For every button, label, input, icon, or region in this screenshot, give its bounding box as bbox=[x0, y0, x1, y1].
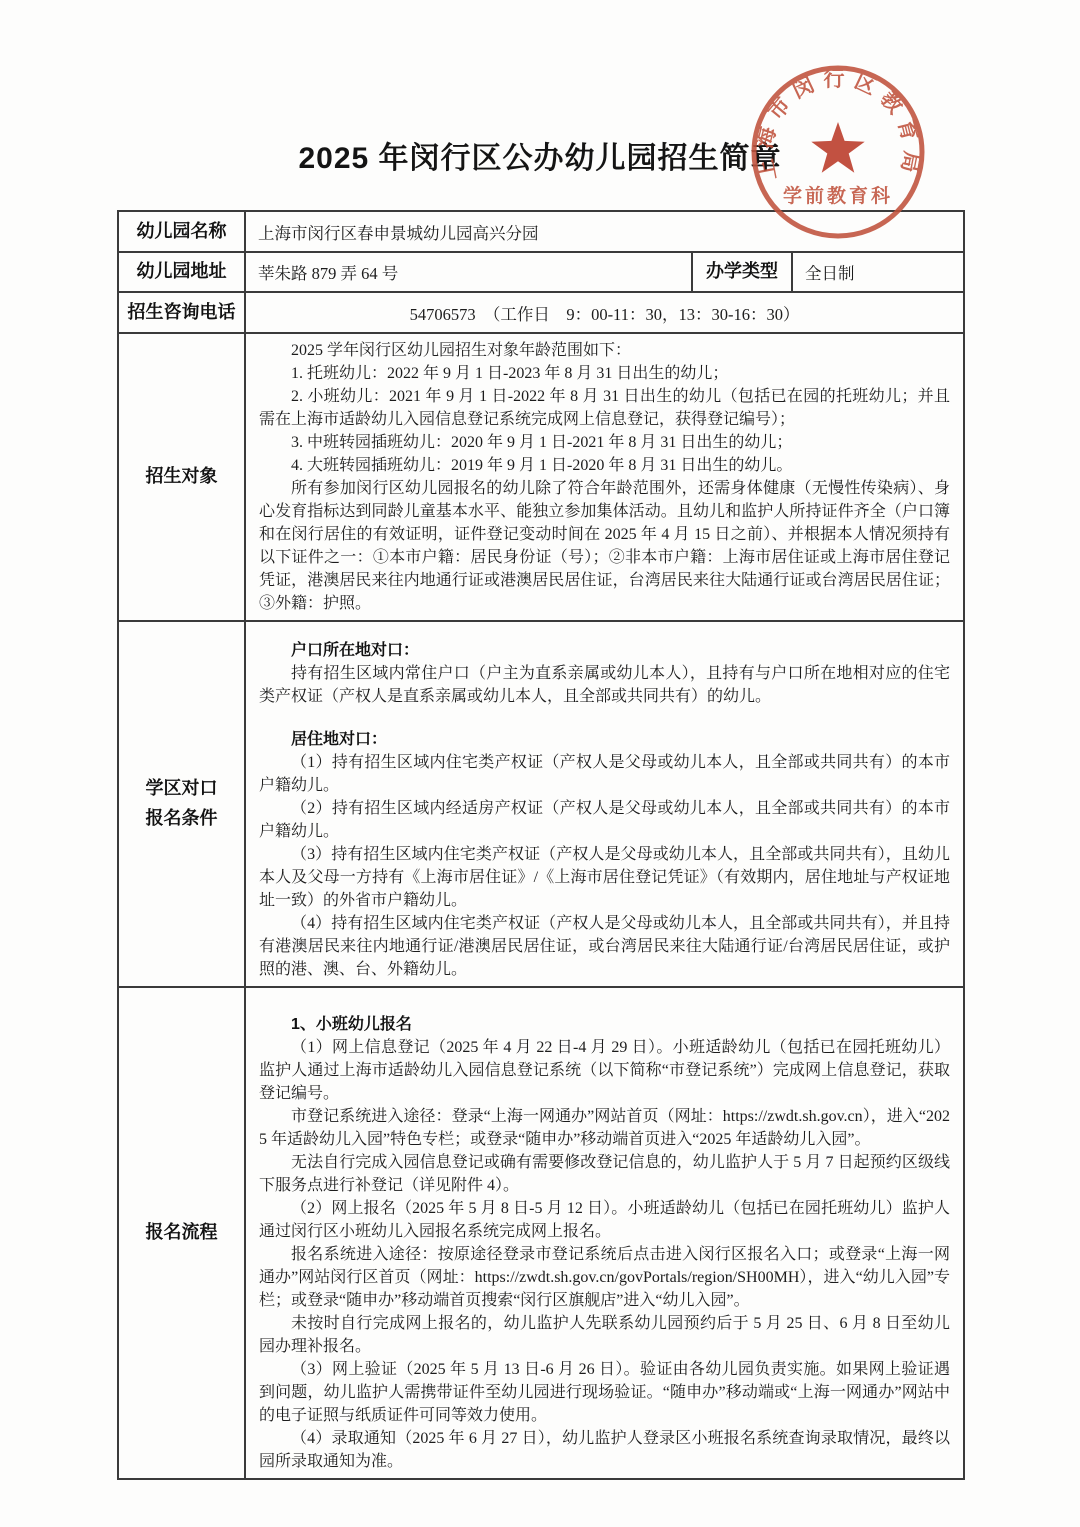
paragraph: （1）网上信息登记（2025 年 4 月 22 日-4 月 29 日）。小班适龄… bbox=[259, 1036, 950, 1105]
kindergarten-address-label: 幼儿园地址 bbox=[118, 252, 245, 292]
paragraph: （2）网上报名（2025 年 5 月 8 日-5 月 12 日）。小班适龄幼儿（… bbox=[259, 1197, 950, 1243]
enrollment-target-text: 2025 学年闵行区幼儿园招生对象年龄范围如下：1. 托班幼儿：2022 年 9… bbox=[247, 335, 962, 619]
paragraph: 1. 托班幼儿：2022 年 9 月 1 日-2023 年 8 月 31 日出生… bbox=[259, 362, 950, 385]
paragraph: 4. 大班转园插班幼儿：2019 年 9 月 1 日-2020 年 8 月 31… bbox=[259, 454, 950, 477]
paragraph: （3）网上验证（2025 年 5 月 13 日-6 月 26 日）。验证由各幼儿… bbox=[259, 1358, 950, 1427]
application-process-cell: 1、小班幼儿报名（1）网上信息登记（2025 年 4 月 22 日-4 月 29… bbox=[245, 987, 964, 1479]
paragraph: 所有参加闵行区幼儿园报名的幼儿除了符合年龄范围外，还需身体健康（无慢性传染病）、… bbox=[259, 477, 950, 615]
paragraph: 居住地对口： bbox=[259, 728, 950, 751]
enrollment-target-cell: 2025 学年闵行区幼儿园招生对象年龄范围如下：1. 托班幼儿：2022 年 9… bbox=[245, 333, 964, 621]
paragraph bbox=[259, 708, 950, 728]
table-row: 幼儿园地址 莘朱路 879 弄 64 号 办学类型 全日制 bbox=[118, 252, 964, 292]
table-row: 幼儿园名称 上海市闵行区春申景城幼儿园高兴分园 bbox=[118, 211, 964, 252]
application-process-text: 1、小班幼儿报名（1）网上信息登记（2025 年 4 月 22 日-4 月 29… bbox=[247, 989, 962, 1477]
kindergarten-name-value: 上海市闵行区春申景城幼儿园高兴分园 bbox=[245, 211, 964, 252]
enrollment-info-table: 幼儿园名称 上海市闵行区春申景城幼儿园高兴分园 幼儿园地址 莘朱路 879 弄 … bbox=[117, 210, 965, 1480]
paragraph: 未按时自行完成网上报名的，幼儿监护人先联系幼儿园预约后于 5 月 25 日、6 … bbox=[259, 1312, 950, 1358]
table-row: 学区对口 报名条件 户口所在地对口：持有招生区域内常住户口（户主为直系亲属或幼儿… bbox=[118, 621, 964, 987]
table-row: 招生对象 2025 学年闵行区幼儿园招生对象年龄范围如下：1. 托班幼儿：202… bbox=[118, 333, 964, 621]
paragraph: 持有招生区域内常住户口（户主为直系亲属或幼儿本人），且持有与户口所在地相对应的住… bbox=[259, 662, 950, 708]
enrollment-target-label: 招生对象 bbox=[118, 333, 245, 621]
application-process-label: 报名流程 bbox=[118, 987, 245, 1479]
consult-phone-value: 54706573 （工作日 9：00-11：30，13：30-16：30） bbox=[245, 292, 964, 333]
district-conditions-cell: 户口所在地对口：持有招生区域内常住户口（户主为直系亲属或幼儿本人），且持有与户口… bbox=[245, 621, 964, 987]
paragraph: （4）录取通知（2025 年 6 月 27 日），幼儿监护人登录区小班报名系统查… bbox=[259, 1427, 950, 1473]
kindergarten-address-value: 莘朱路 879 弄 64 号 bbox=[245, 252, 692, 292]
table-row: 报名流程 1、小班幼儿报名（1）网上信息登记（2025 年 4 月 22 日-4… bbox=[118, 987, 964, 1479]
district-conditions-text: 户口所在地对口：持有招生区域内常住户口（户主为直系亲属或幼儿本人），且持有与户口… bbox=[247, 623, 962, 985]
paragraph: （3）持有招生区域内住宅类产权证（产权人是父母或幼儿本人，且全部或共同共有），且… bbox=[259, 843, 950, 912]
paragraph: （4）持有招生区域内住宅类产权证（产权人是父母或幼儿本人，且全部或共同共有），并… bbox=[259, 912, 950, 981]
paragraph: 1、小班幼儿报名 bbox=[259, 1013, 950, 1036]
paragraph: 2. 小班幼儿：2021 年 9 月 1 日-2022 年 8 月 31 日出生… bbox=[259, 385, 950, 431]
scanned-document-page: { "document": { "title": "2025 年闵行区公办幼儿园… bbox=[0, 0, 1080, 1527]
seal-bottom-text: 学前教育科 bbox=[783, 184, 893, 207]
paragraph: 3. 中班转园插班幼儿：2020 年 9 月 1 日-2021 年 8 月 31… bbox=[259, 431, 950, 454]
paragraph: 报名系统进入途径：按原途径登录市登记系统后点击进入闵行区报名入口；或登录“上海一… bbox=[259, 1243, 950, 1312]
school-type-label: 办学类型 bbox=[692, 252, 792, 292]
school-type-value: 全日制 bbox=[792, 252, 964, 292]
paragraph: 无法自行完成入园信息登记或确有需要修改登记信息的，幼儿监护人于 5 月 7 日起… bbox=[259, 1151, 950, 1197]
kindergarten-name-label: 幼儿园名称 bbox=[118, 211, 245, 252]
page-title: 2025 年闵行区公办幼儿园招生简章 bbox=[0, 133, 1080, 177]
consult-phone-label: 招生咨询电话 bbox=[118, 292, 245, 333]
paragraph: 2025 学年闵行区幼儿园招生对象年龄范围如下： bbox=[259, 339, 950, 362]
paragraph: 户口所在地对口： bbox=[259, 639, 950, 662]
paragraph: （2）持有招生区域内经适房产权证（产权人是父母或幼儿本人，且全部或共同共有）的本… bbox=[259, 797, 950, 843]
district-conditions-label: 学区对口 报名条件 bbox=[118, 621, 245, 987]
paragraph: 市登记系统进入途径：登录“上海一网通办”网站首页（网址：https://zwdt… bbox=[259, 1105, 950, 1151]
table-row: 招生咨询电话 54706573 （工作日 9：00-11：30，13：30-16… bbox=[118, 292, 964, 333]
paragraph: （1）持有招生区域内住宅类产权证（产权人是父母或幼儿本人，且全部或共同共有）的本… bbox=[259, 751, 950, 797]
